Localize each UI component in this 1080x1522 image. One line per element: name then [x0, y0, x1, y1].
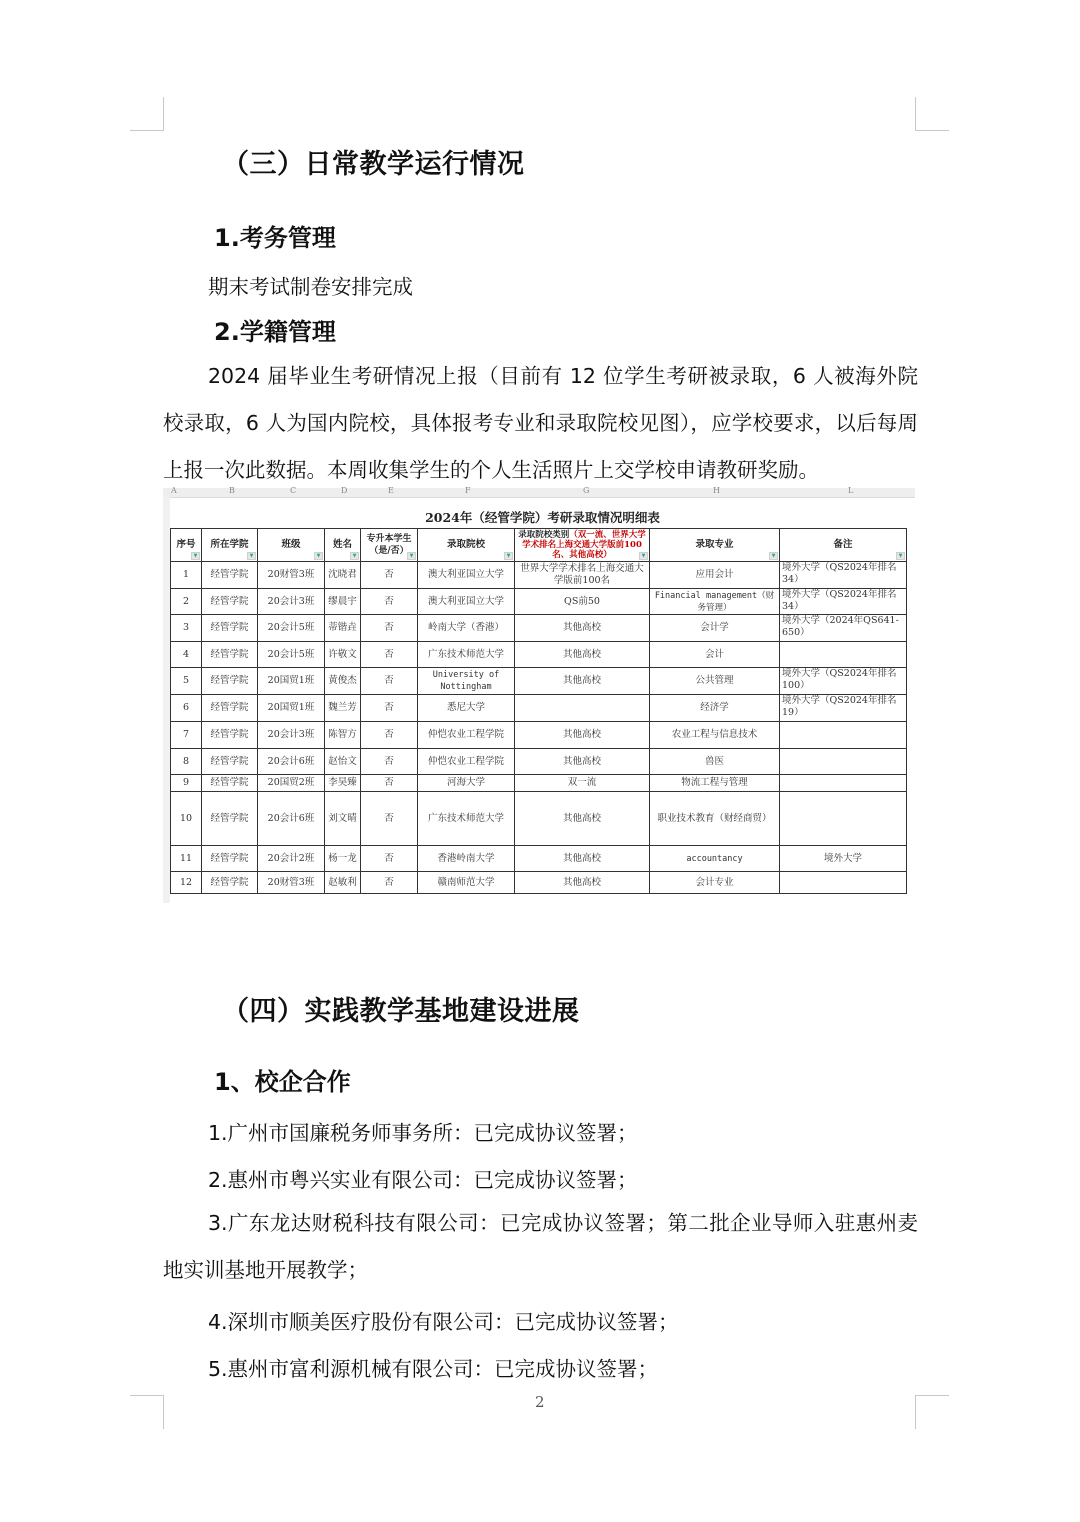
header-remark: 备注▼ [780, 529, 907, 562]
cell-class: 20会计5班 [258, 642, 325, 668]
cell-school: 悉尼大学 [418, 695, 515, 722]
filter-dropdown-icon[interactable]: ▼ [504, 552, 513, 560]
cell-remark [780, 722, 907, 749]
cell-remark: 境外大学（QS2024年排名34） [780, 589, 907, 615]
header-school: 录取院校▼ [418, 529, 515, 562]
cell-remark [780, 872, 907, 894]
cell-class: 20会计2班 [258, 846, 325, 872]
partner-item-3: 3.广东龙达财税科技有限公司：已完成协议签署；第二批企业导师入驻惠州麦地实训基地… [163, 1200, 918, 1294]
cell-upgrade: 否 [361, 642, 418, 668]
cell-no: 5 [171, 668, 202, 695]
filter-dropdown-icon[interactable]: ▼ [314, 552, 323, 560]
col-letter: C [290, 486, 296, 495]
cell-upgrade: 否 [361, 615, 418, 642]
cell-college: 经管学院 [202, 642, 258, 668]
cell-school: 广东技术师范大学 [418, 792, 515, 846]
cell-upgrade: 否 [361, 749, 418, 775]
cell-class: 20会计3班 [258, 722, 325, 749]
row-header-strip [163, 497, 170, 903]
cell-college: 经管学院 [202, 562, 258, 589]
cell-college: 经管学院 [202, 668, 258, 695]
cell-category: 双一流 [515, 775, 650, 792]
cell-major: 职业技术教育（财经商贸） [650, 792, 780, 846]
cell-name: 赵敏利 [325, 872, 361, 894]
cell-remark: 境外大学（QS2024年排名100） [780, 668, 907, 695]
partner-item-1: 1.广州市国廉税务师事务所：已完成协议签署； [208, 1116, 638, 1146]
cell-college: 经管学院 [202, 775, 258, 792]
table-row: 8 经管学院 20会计6班 赵怡文 否 仲恺农业工程学院 其他高校 兽医 [171, 749, 907, 775]
table-row: 4 经管学院 20会计5班 许敬文 否 广东技术师范大学 其他高校 会计 [171, 642, 907, 668]
cell-major: 公共管理 [650, 668, 780, 695]
corner-mark-bottom-left [130, 1395, 164, 1429]
cell-remark [780, 792, 907, 846]
cell-school: 广东技术师范大学 [418, 642, 515, 668]
cell-name: 许敬文 [325, 642, 361, 668]
cell-major: 兽医 [650, 749, 780, 775]
table-header-row: 序号▼ 所在学院▼ 班级▼ 姓名▼ 专升本学生（是/否）▼ 录取院校▼ 录取院校… [171, 529, 907, 562]
cell-college: 经管学院 [202, 749, 258, 775]
col-letter: L [848, 486, 853, 495]
cell-no: 6 [171, 695, 202, 722]
partner-item-2: 2.惠州市粤兴实业有限公司：已完成协议签署； [208, 1163, 638, 1193]
cell-remark: 境外大学（2024年QS641-650） [780, 615, 907, 642]
cell-class: 20财管3班 [258, 562, 325, 589]
cell-name: 刘文晴 [325, 792, 361, 846]
cell-name: 蒂锴垚 [325, 615, 361, 642]
cell-school: 香港岭南大学 [418, 846, 515, 872]
corner-mark-top-right [915, 97, 949, 131]
filter-dropdown-icon[interactable]: ▼ [350, 552, 359, 560]
cell-no: 11 [171, 846, 202, 872]
cell-college: 经管学院 [202, 872, 258, 894]
cell-name: 魏兰芳 [325, 695, 361, 722]
table-row: 3 经管学院 20会计5班 蒂锴垚 否 岭南大学（香港） 其他高校 会计学 境外… [171, 615, 907, 642]
cell-class: 20会计5班 [258, 615, 325, 642]
cell-remark: 境外大学（QS2024年排名19） [780, 695, 907, 722]
cell-no: 4 [171, 642, 202, 668]
student-status-heading: 2.学籍管理 [214, 312, 336, 347]
cell-no: 7 [171, 722, 202, 749]
header-no: 序号▼ [171, 529, 202, 562]
cell-class: 20国贸1班 [258, 695, 325, 722]
cell-major: 会计 [650, 642, 780, 668]
cell-college: 经管学院 [202, 695, 258, 722]
exam-management-text: 期末考试制卷安排完成 [208, 270, 413, 300]
cell-no: 1 [171, 562, 202, 589]
table-row: 11 经管学院 20会计2班 杨一龙 否 香港岭南大学 其他高校 account… [171, 846, 907, 872]
cell-school: University of Nottingham [418, 668, 515, 695]
cell-upgrade: 否 [361, 775, 418, 792]
cell-name: 缪晨宇 [325, 589, 361, 615]
cell-school: 仲恺农业工程学院 [418, 722, 515, 749]
cell-category: 其他高校 [515, 642, 650, 668]
col-letter: H [713, 486, 720, 495]
cell-category: 世界大学学术排名上海交通大学版前100名 [515, 562, 650, 589]
cell-remark [780, 775, 907, 792]
cell-no: 10 [171, 792, 202, 846]
cell-remark: 境外大学 [780, 846, 907, 872]
cell-name: 杨一龙 [325, 846, 361, 872]
cell-major: Financial management（财务管理） [650, 589, 780, 615]
section-3-title: （三）日常教学运行情况 [222, 142, 525, 181]
cell-no: 12 [171, 872, 202, 894]
cell-upgrade: 否 [361, 722, 418, 749]
school-enterprise-heading: 1、校企合作 [214, 1062, 351, 1097]
cell-name: 陈智方 [325, 722, 361, 749]
table-row: 10 经管学院 20会计6班 刘文晴 否 广东技术师范大学 其他高校 职业技术教… [171, 792, 907, 846]
cell-upgrade: 否 [361, 872, 418, 894]
cell-school: 河海大学 [418, 775, 515, 792]
col-letter: D [341, 486, 347, 495]
cell-school: 澳大利亚国立大学 [418, 562, 515, 589]
cell-remark: 境外大学（QS2024年排名34） [780, 562, 907, 589]
cell-remark [780, 749, 907, 775]
cell-category: 其他高校 [515, 846, 650, 872]
column-header-strip: A B C D E F G H L [163, 488, 915, 498]
cell-category: 其他高校 [515, 722, 650, 749]
cell-major: 农业工程与信息技术 [650, 722, 780, 749]
cell-class: 20会计6班 [258, 792, 325, 846]
cell-class: 20会计6班 [258, 749, 325, 775]
cell-category: 其他高校 [515, 872, 650, 894]
admission-table: 序号▼ 所在学院▼ 班级▼ 姓名▼ 专升本学生（是/否）▼ 录取院校▼ 录取院校… [170, 528, 907, 894]
filter-dropdown-icon[interactable]: ▼ [407, 552, 416, 560]
cell-major: 应用会计 [650, 562, 780, 589]
table-row: 9 经管学院 20国贸2班 李昊臻 否 河海大学 双一流 物流工程与管理 [171, 775, 907, 792]
cell-upgrade: 否 [361, 589, 418, 615]
col-letter: F [465, 486, 471, 495]
cell-category: 其他高校 [515, 615, 650, 642]
cell-college: 经管学院 [202, 792, 258, 846]
cell-name: 赵怡文 [325, 749, 361, 775]
filter-dropdown-icon[interactable]: ▼ [247, 552, 256, 560]
page-number: 2 [535, 1393, 545, 1411]
filter-dropdown-icon[interactable]: ▼ [769, 552, 778, 560]
cell-school: 赣南师范大学 [418, 872, 515, 894]
cell-no: 9 [171, 775, 202, 792]
filter-dropdown-icon[interactable]: ▼ [191, 552, 200, 560]
cell-major: 物流工程与管理 [650, 775, 780, 792]
col-letter: A [171, 486, 177, 495]
col-letter: B [229, 486, 235, 495]
student-status-paragraph: 2024 届毕业生考研情况上报（目前有 12 位学生考研被录取，6 人被海外院校… [163, 353, 918, 494]
table-row: 7 经管学院 20会计3班 陈智方 否 仲恺农业工程学院 其他高校 农业工程与信… [171, 722, 907, 749]
cell-no: 3 [171, 615, 202, 642]
header-major: 录取专业▼ [650, 529, 780, 562]
corner-mark-top-left [130, 97, 164, 131]
cell-class: 20国贸2班 [258, 775, 325, 792]
cell-category: 其他高校 [515, 749, 650, 775]
cell-school: 仲恺农业工程学院 [418, 749, 515, 775]
table-row: 12 经管学院 20财管3班 赵敏利 否 赣南师范大学 其他高校 会计专业 [171, 872, 907, 894]
cell-major: 会计专业 [650, 872, 780, 894]
cell-college: 经管学院 [202, 846, 258, 872]
cell-college: 经管学院 [202, 615, 258, 642]
cell-upgrade: 否 [361, 562, 418, 589]
cell-class: 20国贸1班 [258, 668, 325, 695]
table-row: 2 经管学院 20会计3班 缪晨宇 否 澳大利亚国立大学 QS前50 Finan… [171, 589, 907, 615]
cell-college: 经管学院 [202, 722, 258, 749]
cell-school: 澳大利亚国立大学 [418, 589, 515, 615]
header-category: 录取院校类别（双一流、世界大学学术排名上海交通大学版前100名、其他高校）▼ [515, 529, 650, 562]
cell-school: 岭南大学（香港） [418, 615, 515, 642]
col-letter: E [388, 486, 394, 495]
corner-mark-bottom-right [915, 1395, 949, 1429]
cell-no: 8 [171, 749, 202, 775]
cell-category: QS前50 [515, 589, 650, 615]
table-row: 1 经管学院 20财管3班 沈晓君 否 澳大利亚国立大学 世界大学学术排名上海交… [171, 562, 907, 589]
cell-no: 2 [171, 589, 202, 615]
filter-dropdown-icon[interactable]: ▼ [639, 552, 648, 560]
cell-class: 20财管3班 [258, 872, 325, 894]
table-row: 5 经管学院 20国贸1班 黄俊杰 否 University of Nottin… [171, 668, 907, 695]
cell-name: 黄俊杰 [325, 668, 361, 695]
exam-management-heading: 1.考务管理 [214, 218, 336, 253]
section-4-title: （四）实践教学基地建设进展 [222, 989, 580, 1028]
cell-class: 20会计3班 [258, 589, 325, 615]
header-name: 姓名▼ [325, 529, 361, 562]
cell-category [515, 695, 650, 722]
cell-name: 李昊臻 [325, 775, 361, 792]
col-letter: G [583, 486, 589, 495]
cell-major: accountancy [650, 846, 780, 872]
header-upgrade: 专升本学生（是/否）▼ [361, 529, 418, 562]
cell-upgrade: 否 [361, 792, 418, 846]
admission-spreadsheet-image: A B C D E F G H L 2024年（经管学院）考研录取情况明细表 序… [163, 488, 915, 903]
cell-name: 沈晓君 [325, 562, 361, 589]
cell-upgrade: 否 [361, 695, 418, 722]
cell-category: 其他高校 [515, 792, 650, 846]
cell-college: 经管学院 [202, 589, 258, 615]
cell-upgrade: 否 [361, 846, 418, 872]
header-class: 班级▼ [258, 529, 325, 562]
cell-major: 会计学 [650, 615, 780, 642]
cell-major: 经济学 [650, 695, 780, 722]
cell-upgrade: 否 [361, 668, 418, 695]
partner-item-4: 4.深圳市顺美医疗股份有限公司：已完成协议签署； [208, 1305, 679, 1335]
filter-dropdown-icon[interactable]: ▼ [896, 552, 905, 560]
cell-remark [780, 642, 907, 668]
partner-item-5: 5.惠州市富利源机械有限公司：已完成协议签署； [208, 1352, 658, 1382]
header-college: 所在学院▼ [202, 529, 258, 562]
table-row: 6 经管学院 20国贸1班 魏兰芳 否 悉尼大学 经济学 境外大学（QS2024… [171, 695, 907, 722]
cell-category: 其他高校 [515, 668, 650, 695]
